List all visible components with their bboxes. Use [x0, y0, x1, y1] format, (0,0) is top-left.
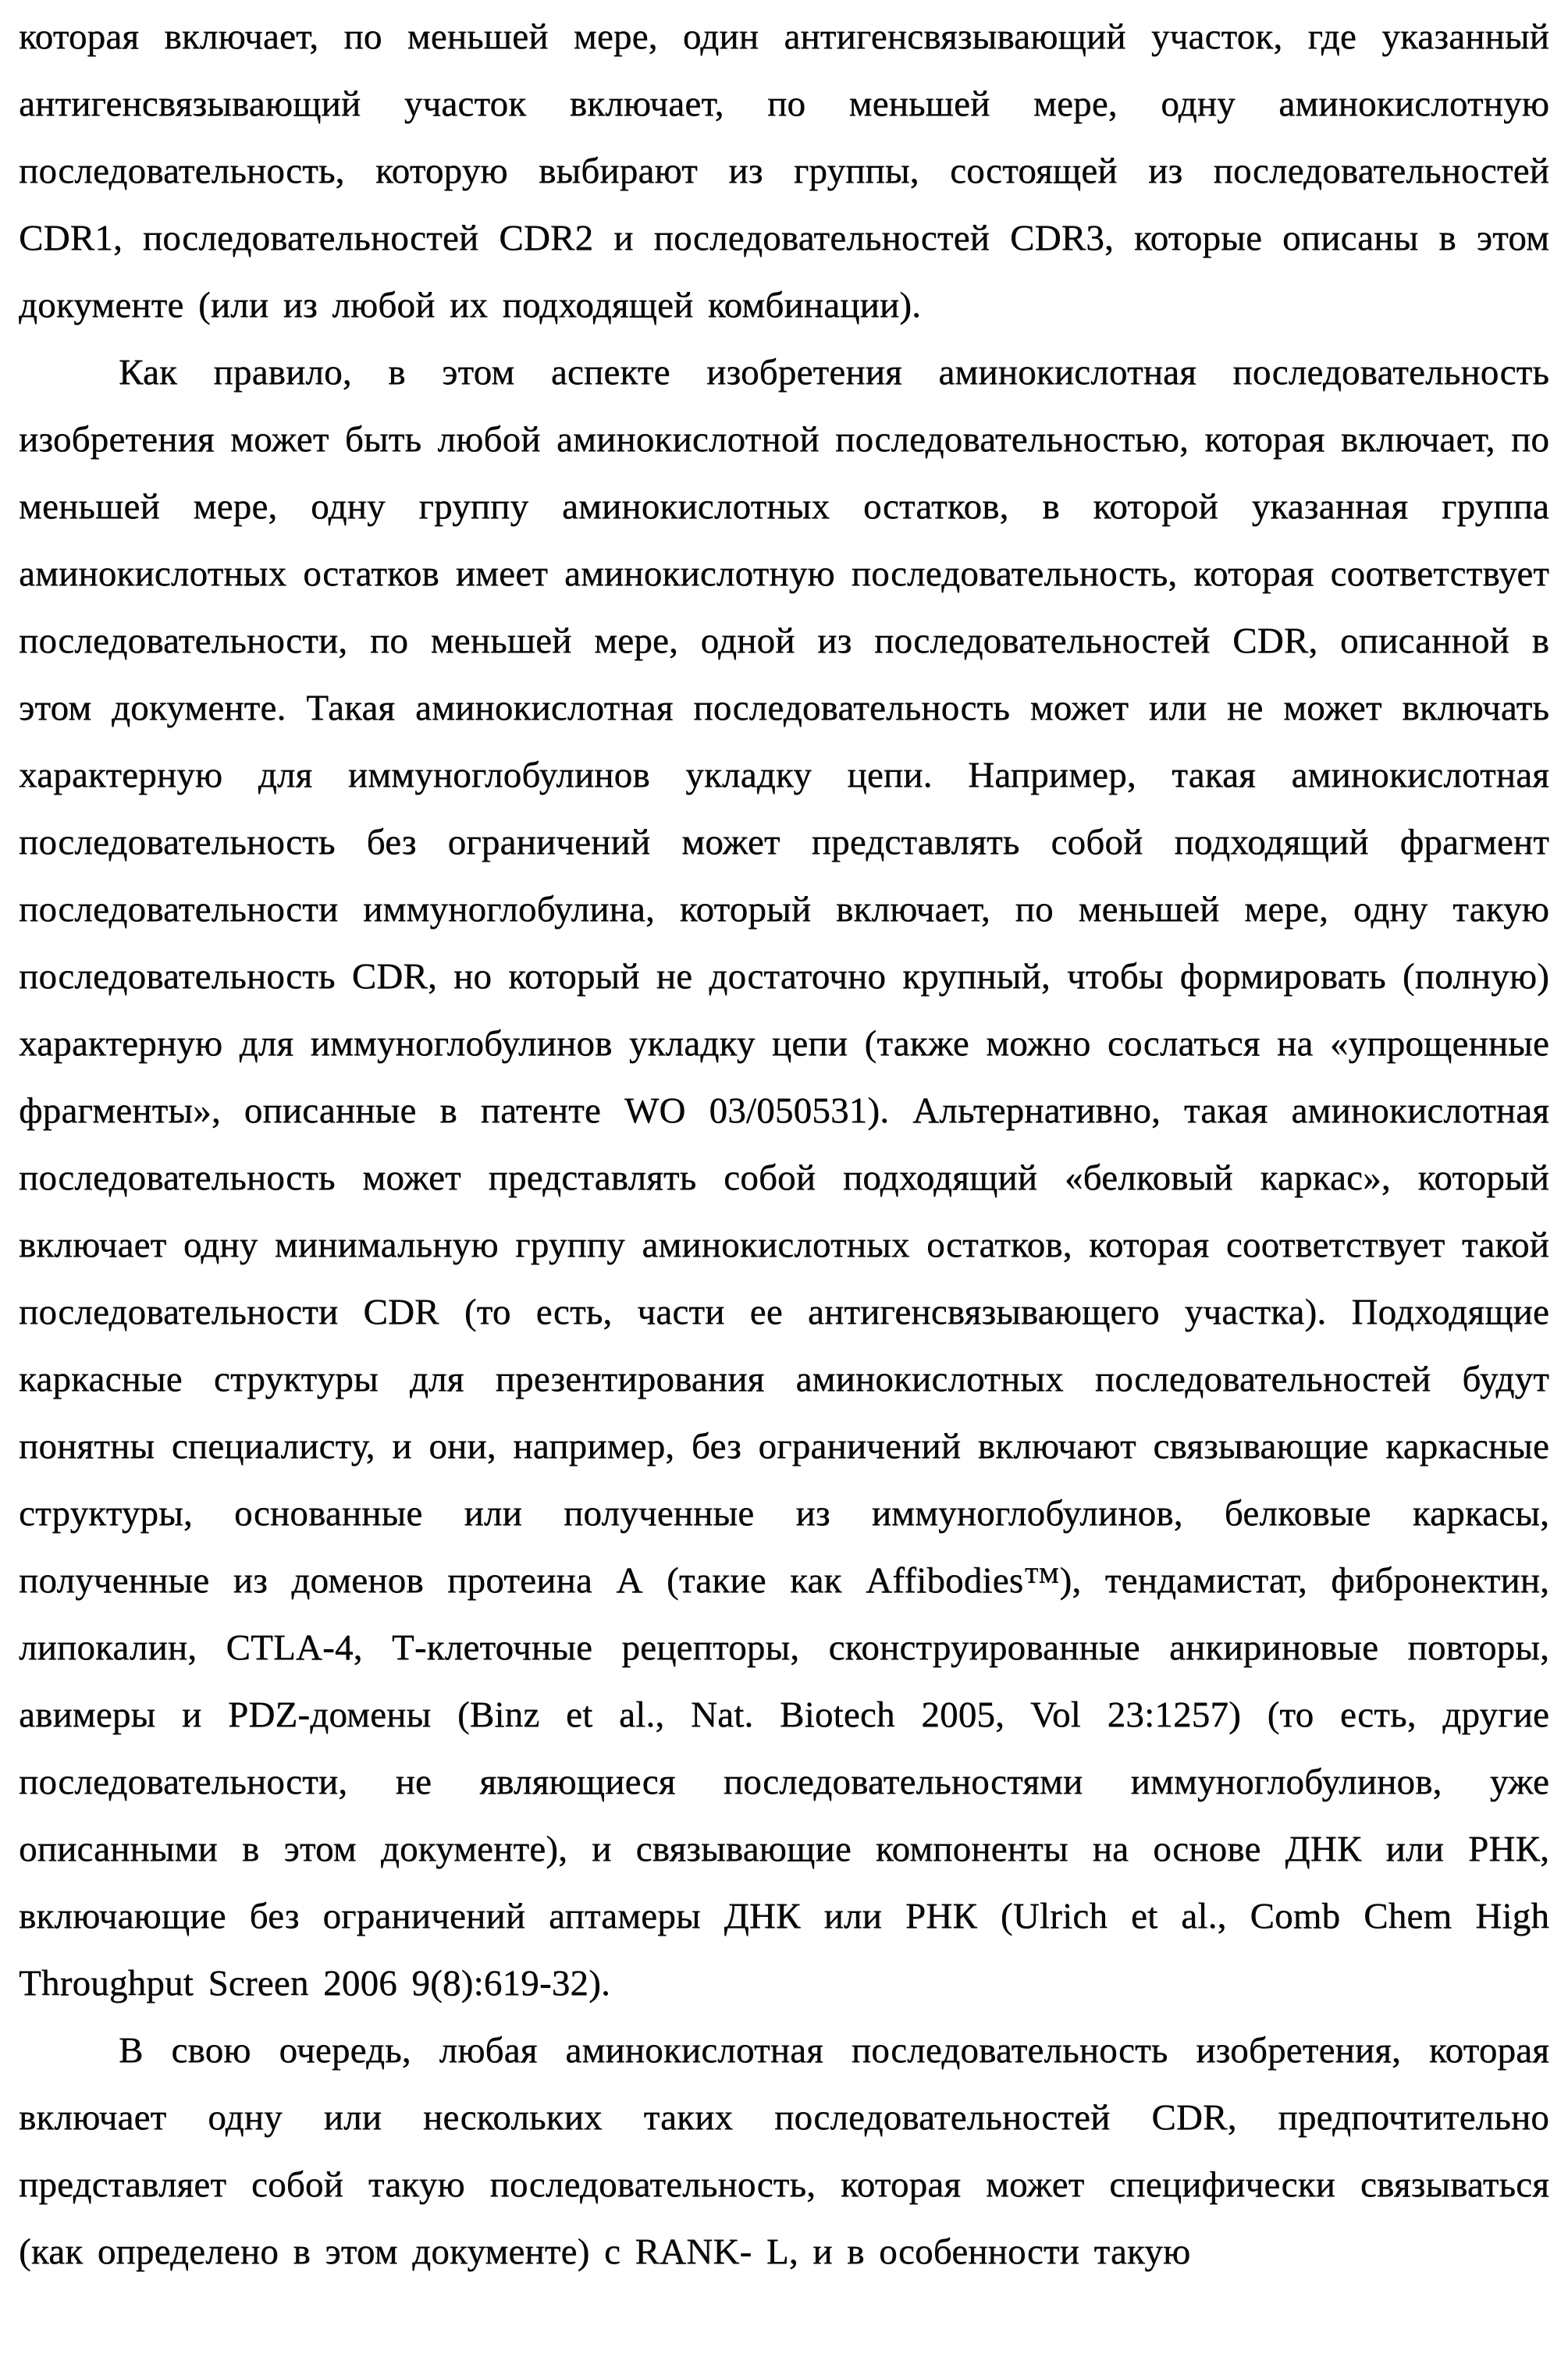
- document-page: которая включает, по меньшей мере, один …: [0, 0, 1568, 2354]
- text-block: которая включает, по меньшей мере, один …: [19, 3, 1549, 2285]
- paragraph-in-turn: В свою очередь, любая аминокислотная пос…: [19, 2017, 1549, 2285]
- paragraph-continuation: которая включает, по меньшей мере, один …: [19, 3, 1549, 339]
- paragraph-general-rule: Как правило, в этом аспекте изобретения …: [19, 339, 1549, 2017]
